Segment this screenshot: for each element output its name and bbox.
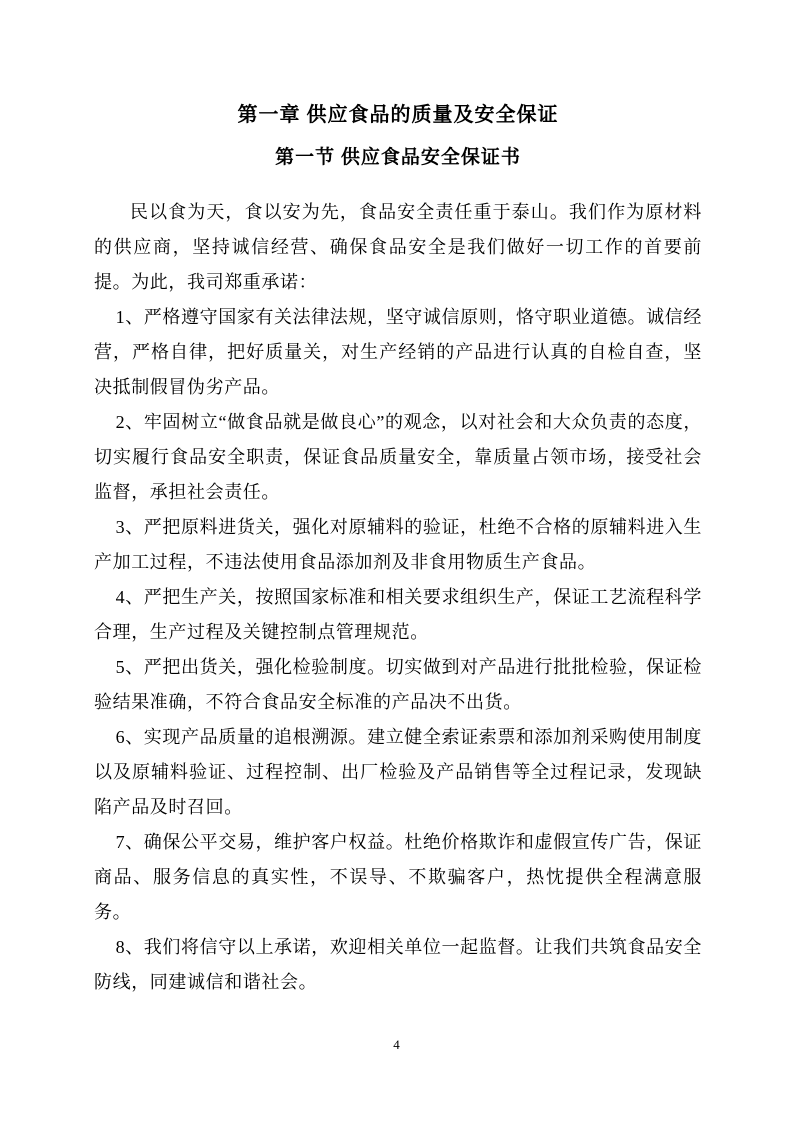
section-title: 第一节 供应食品安全保证书 — [94, 146, 702, 170]
commitment-item-5: 5、严把出货关，强化检验制度。切实做到对产品进行批批检验，保证检验结果准确，不符… — [94, 650, 702, 720]
commitment-item-2: 2、牢固树立“做食品就是做良心”的观念，以对社会和大众负责的态度，切实履行食品安… — [94, 405, 702, 510]
chapter-title: 第一章 供应食品的质量及安全保证 — [94, 103, 702, 127]
commitment-item-8: 8、我们将信守以上承诺，欢迎相关单位一起监督。让我们共筑食品安全防线，同建诚信和… — [94, 930, 702, 1000]
document-page: 第一章 供应食品的质量及安全保证 第一节 供应食品安全保证书 民以食为天，食以安… — [0, 0, 793, 1122]
commitment-item-4: 4、严把生产关，按照国家标准和相关要求组织生产，保证工艺流程科学合理，生产过程及… — [94, 580, 702, 650]
document-body: 民以食为天，食以安为先，食品安全责任重于泰山。我们作为原材料的供应商，坚持诚信经… — [94, 195, 702, 1000]
commitment-item-3: 3、严把原料进货关，强化对原辅料的验证，杜绝不合格的原辅料进入生产加工过程，不违… — [94, 510, 702, 580]
page-footer: 4 — [0, 1036, 793, 1054]
page-number: 4 — [393, 1037, 400, 1052]
commitment-item-6: 6、实现产品质量的追根溯源。建立健全索证索票和添加剂采购使用制度以及原辅料验证、… — [94, 720, 702, 825]
intro-paragraph: 民以食为天，食以安为先，食品安全责任重于泰山。我们作为原材料的供应商，坚持诚信经… — [94, 195, 702, 300]
commitment-item-7: 7、确保公平交易，维护客户权益。杜绝价格欺诈和虚假宣传广告，保证商品、服务信息的… — [94, 825, 702, 930]
commitment-item-1: 1、严格遵守国家有关法律法规，坚守诚信原则，恪守职业道德。诚信经营，严格自律，把… — [94, 300, 702, 405]
